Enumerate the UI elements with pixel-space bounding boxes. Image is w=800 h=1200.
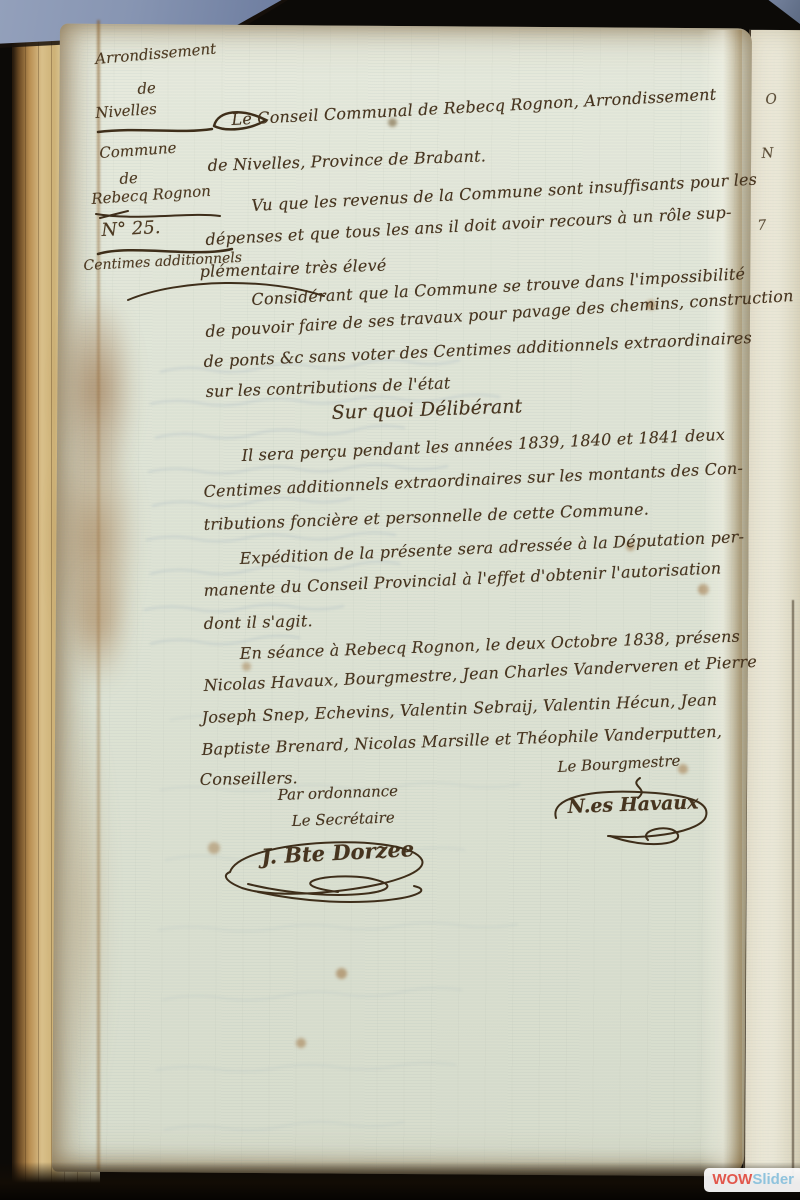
- margin-dossier-number: N° 25.: [101, 217, 161, 241]
- page-bottom-shadow: [0, 1162, 800, 1200]
- secretary-title: Le Secrétaire: [291, 808, 395, 830]
- manuscript-line: dont il s'agit.: [204, 611, 314, 633]
- adjacent-page-text-fragment: N: [761, 145, 774, 162]
- watermark-slider-text: Slider: [752, 1169, 794, 1191]
- watermark-wow-text: WOW: [712, 1169, 752, 1191]
- archival-document-photo: O N 7: [0, 0, 800, 1200]
- wowslider-watermark[interactable]: WOWSlider: [704, 1168, 800, 1192]
- adjacent-page-seam: [792, 600, 794, 1190]
- margin-de: de: [119, 169, 139, 188]
- mayor-signature: N.es Havaux: [567, 791, 699, 818]
- adjacent-page-text-fragment: 7: [757, 217, 767, 234]
- adjacent-page-text-fragment: O: [765, 91, 778, 108]
- book-cover-corner: [755, 0, 800, 30]
- margin-de: de: [137, 79, 157, 98]
